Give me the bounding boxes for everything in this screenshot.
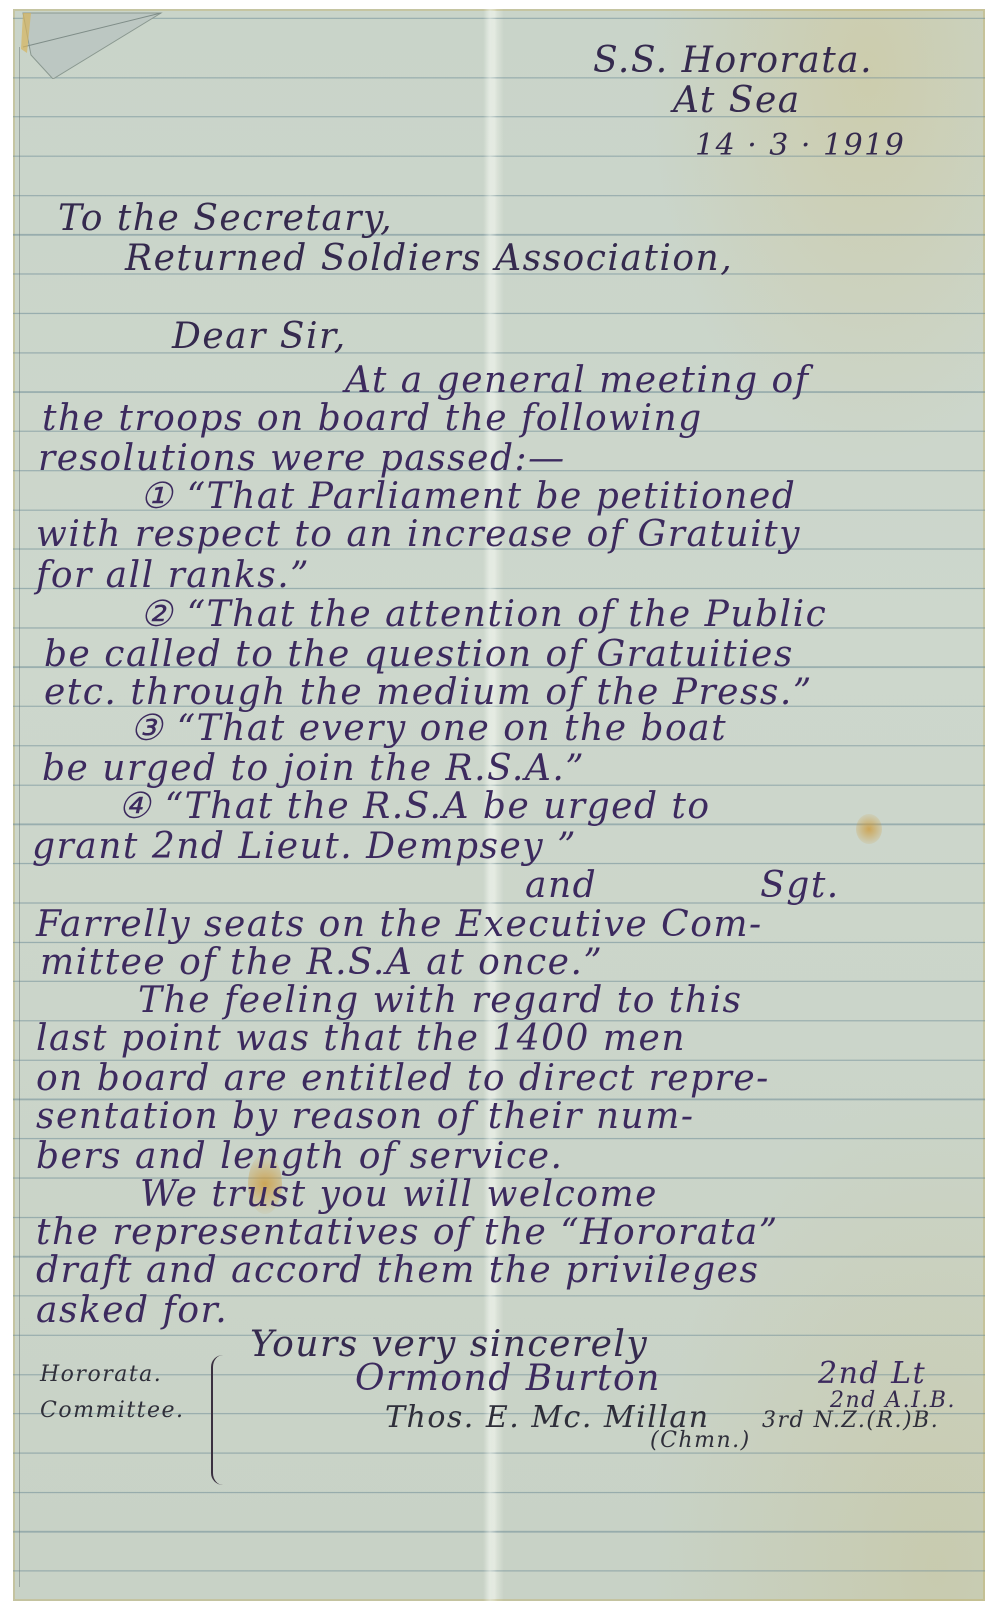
addressee-line-1: To the Secretary,	[58, 198, 393, 239]
resolution-3: ③ “That every one on the boat	[130, 708, 727, 749]
body-line: bers and length of service.	[36, 1136, 563, 1177]
body-line: etc. through the medium of the Press.”	[44, 672, 813, 713]
body-line: asked for.	[36, 1290, 228, 1331]
salutation: Dear Sir,	[172, 316, 347, 357]
body-line: with respect to an increase of Gratuity	[36, 514, 801, 555]
letter-date: 14 · 3 · 1919	[695, 128, 905, 163]
signature-name: Ormond Burton	[355, 1358, 661, 1399]
addressee-line-2: Returned Soldiers Association,	[125, 238, 733, 279]
signature-rank: 2nd Lt	[818, 1356, 926, 1391]
resolution-4: ④ “That the R.S.A be urged to	[118, 786, 711, 827]
resolution-2: ② “That the attention of the Public	[140, 594, 827, 635]
left-margin-line	[19, 47, 20, 1587]
body-line: mittee of the R.S.A at once.”	[40, 942, 603, 983]
body-line: sentation by reason of their num-	[36, 1096, 695, 1137]
committee-label-line-1: Hororata.	[40, 1362, 162, 1387]
location: At Sea	[673, 80, 801, 121]
body-line: Farrelly seats on the Executive Com-	[36, 904, 763, 945]
body-line: and Sgt.	[525, 865, 840, 906]
committee-label-line-2: Committee.	[40, 1398, 185, 1423]
body-line: resolutions were passed:—	[38, 438, 566, 479]
body-line: grant 2nd Lieut. Dempsey ”	[32, 826, 577, 867]
folded-corner-icon	[13, 9, 163, 79]
body-line: draft and accord them the privileges	[36, 1250, 759, 1291]
body-line: on board are entitled to direct repre-	[36, 1058, 770, 1099]
curly-brace-icon	[211, 1355, 227, 1485]
body-line: the representatives of the “Hororata”	[36, 1212, 779, 1253]
body-line: the troops on board the following	[42, 398, 703, 439]
body-line: The feeling with regard to this	[138, 980, 742, 1021]
body-line: At a general meeting of	[345, 360, 810, 401]
body-line: be urged to join the R.S.A.”	[42, 748, 585, 789]
body-line: be called to the question of Gratuities	[44, 634, 794, 675]
ink-stain	[856, 814, 882, 844]
body-line: last point was that the 1400 men	[36, 1018, 686, 1059]
body-line: for all ranks.”	[36, 555, 310, 596]
body-line: We trust you will welcome	[140, 1174, 658, 1215]
signature-unit: 3rd N.Z.(R.)B.	[762, 1408, 939, 1433]
resolution-1: ① “That Parliament be petitioned	[140, 476, 796, 517]
signature-role: (Chmn.)	[650, 1428, 751, 1453]
ship-name: S.S. Hororata.	[593, 40, 873, 81]
